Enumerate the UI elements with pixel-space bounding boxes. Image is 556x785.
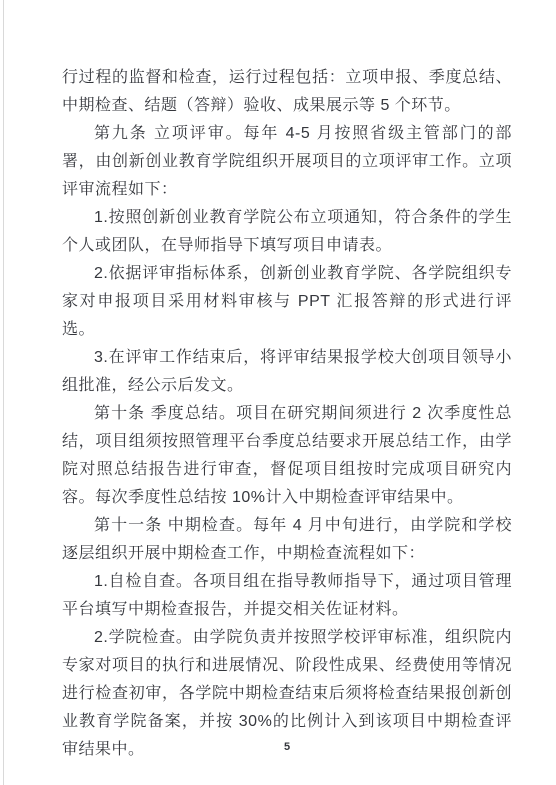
paragraph-5: 3.在评审工作结束后，将评审结果报学校大创项目领导小组批准，经公示后发文。 — [62, 344, 512, 400]
paragraph-1: 行过程的监督和检查，运行过程包括：立项申报、季度总结、中期检查、结题（答辩）验收… — [62, 64, 512, 120]
page-number: 5 — [62, 741, 512, 753]
paragraph-7: 第十一条 中期检查。每年 4 月中旬进行，由学院和学校逐层组织开展中期检查工作，… — [62, 512, 512, 568]
paragraph-2: 第九条 立项评审。每年 4-5 月按照省级主管部门的部署，由创新创业教育学院组织… — [62, 120, 512, 204]
paragraph-6: 第十条 季度总结。项目在研究期间须进行 2 次季度性总结，项目组须按照管理平台季… — [62, 400, 512, 512]
page-left-edge-line — [3, 0, 4, 785]
paragraph-8: 1.自检自查。各项目组在指导教师指导下，通过项目管理平台填写中期检查报告，并提交… — [62, 568, 512, 624]
document-page: 行过程的监督和检查，运行过程包括：立项申报、季度总结、中期检查、结题（答辩）验收… — [0, 0, 556, 785]
paragraph-4: 2.依据评审指标体系，创新创业教育学院、各学院组织专家对申报项目采用材料审核与 … — [62, 260, 512, 344]
paragraph-3: 1.按照创新创业教育学院公布立项通知，符合条件的学生个人或团队，在导师指导下填写… — [62, 204, 512, 260]
document-body: 行过程的监督和检查，运行过程包括：立项申报、季度总结、中期检查、结题（答辩）验收… — [62, 64, 512, 764]
